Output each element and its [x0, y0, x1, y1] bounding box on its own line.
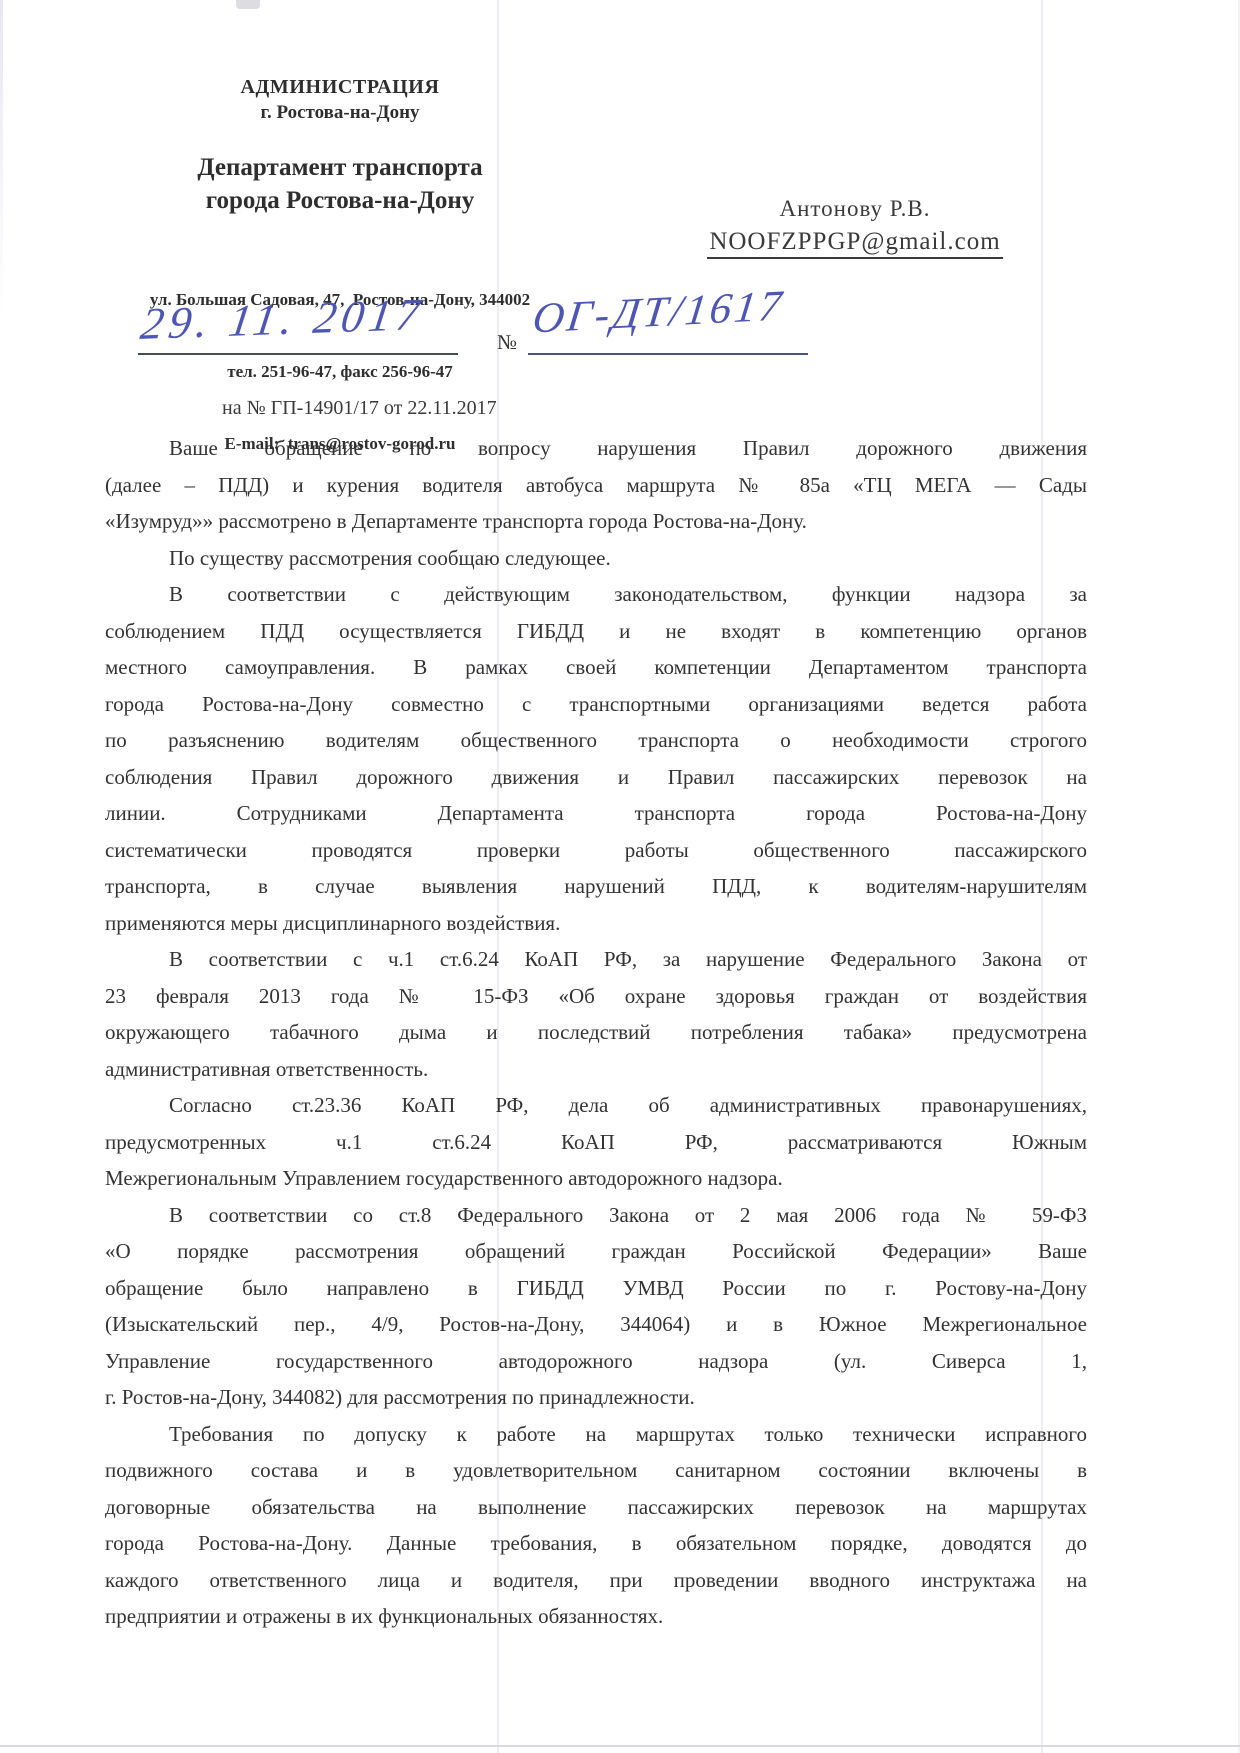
body-line: Управление государственного автодорожног… — [105, 1343, 1087, 1380]
body-line: административная ответственность. — [105, 1051, 1087, 1088]
body-line: Согласно ст.23.36 КоАП РФ, дела об админ… — [105, 1087, 1087, 1124]
body-line: каждого ответственного лица и водителя, … — [105, 1562, 1087, 1599]
reply-reference: на № ГП-14901/17 от 22.11.2017 — [222, 397, 497, 420]
body-line: Требования по допуску к работе на маршру… — [105, 1416, 1087, 1453]
department-name-line2: города Ростова-на-Дону — [120, 184, 560, 217]
scanned-letter-page: АДМИНИСТРАЦИЯ г. Ростова-на-Дону Департа… — [0, 0, 1240, 1753]
body-line: (далее – ПДД) и курения водителя автобус… — [105, 467, 1087, 504]
scan-top-smudge — [236, 0, 260, 9]
date-underline — [138, 353, 458, 355]
handwritten-number: ОГ-ДТ/1617 — [530, 282, 787, 344]
body-line: линии. Сотрудниками Департамента транспо… — [105, 795, 1087, 832]
body-line: 23 февраля 2013 года № 15-ФЗ «Об охране … — [105, 978, 1087, 1015]
body-line: транспорта, в случае выявления нарушений… — [105, 868, 1087, 905]
body-line: местного самоуправления. В рамках своей … — [105, 649, 1087, 686]
organization-city: г. Ростова-на-Дону — [120, 102, 560, 124]
body-line: Межрегиональным Управлением государствен… — [105, 1160, 1087, 1197]
body-line: г. Ростов-на-Дону, 344082) для рассмотре… — [105, 1379, 1087, 1416]
body-line: предприятии и отражены в их функциональн… — [105, 1598, 1087, 1635]
body-line: по разъяснению водителям общественного т… — [105, 722, 1087, 759]
body-line: обращение было направлено в ГИБДД УМВД Р… — [105, 1270, 1087, 1307]
scan-left-edge-artifact — [0, 0, 3, 320]
recipient-email: NOOFZPPGP@gmail.com — [707, 228, 1002, 259]
number-underline — [528, 353, 808, 355]
body-line: применяются меры дисциплинарного воздейс… — [105, 905, 1087, 942]
letter-body: Ваше обращение по вопросу нарушения Прав… — [105, 430, 1087, 1635]
body-line: города Ростова-на-Дону совместно с транс… — [105, 686, 1087, 723]
body-line: договорные обязательства на выполнение п… — [105, 1489, 1087, 1526]
body-line: соблюдения Правил дорожного движения и П… — [105, 759, 1087, 796]
body-line: В соответствии со ст.8 Федерального Зако… — [105, 1197, 1087, 1234]
recipient-block: Антонову Р.В. NOOFZPPGP@gmail.com — [650, 196, 1060, 259]
body-line: соблюдением ПДД осуществляется ГИБДД и н… — [105, 613, 1087, 650]
body-line: подвижного состава и в удовлетворительно… — [105, 1452, 1087, 1489]
organization-name: АДМИНИСТРАЦИЯ — [120, 76, 560, 99]
body-line: «Изумруд»» рассмотрено в Департаменте тр… — [105, 503, 1087, 540]
body-line: В соответствии с действующим законодател… — [105, 576, 1087, 613]
body-line: По существу рассмотрения сообщаю следующ… — [105, 540, 1087, 577]
number-sign: № — [497, 330, 517, 355]
body-line: Ваше обращение по вопросу нарушения Прав… — [105, 430, 1087, 467]
scan-bottom-line — [0, 1745, 1240, 1747]
department-name-line1: Департамент транспорта — [120, 151, 560, 184]
body-line: В соответствии с ч.1 ст.6.24 КоАП РФ, за… — [105, 941, 1087, 978]
body-line: города Ростова-на-Дону. Данные требовани… — [105, 1525, 1087, 1562]
body-line: систематически проводятся проверки работ… — [105, 832, 1087, 869]
body-line: (Изыскательский пер., 4/9, Ростов-на-Дон… — [105, 1306, 1087, 1343]
recipient-name: Антонову Р.В. — [650, 196, 1060, 222]
handwritten-date: 29. 11. 2017 — [138, 288, 429, 350]
body-line: окружающего табачного дыма и последствий… — [105, 1014, 1087, 1051]
letterhead-phone: тел. 251-96-47, факс 256-96-47 — [120, 360, 560, 384]
body-line: «О порядке рассмотрения обращений гражда… — [105, 1233, 1087, 1270]
body-line: предусмотренных ч.1 ст.6.24 КоАП РФ, рас… — [105, 1124, 1087, 1161]
department-name: Департамент транспорта города Ростова-на… — [120, 151, 560, 217]
